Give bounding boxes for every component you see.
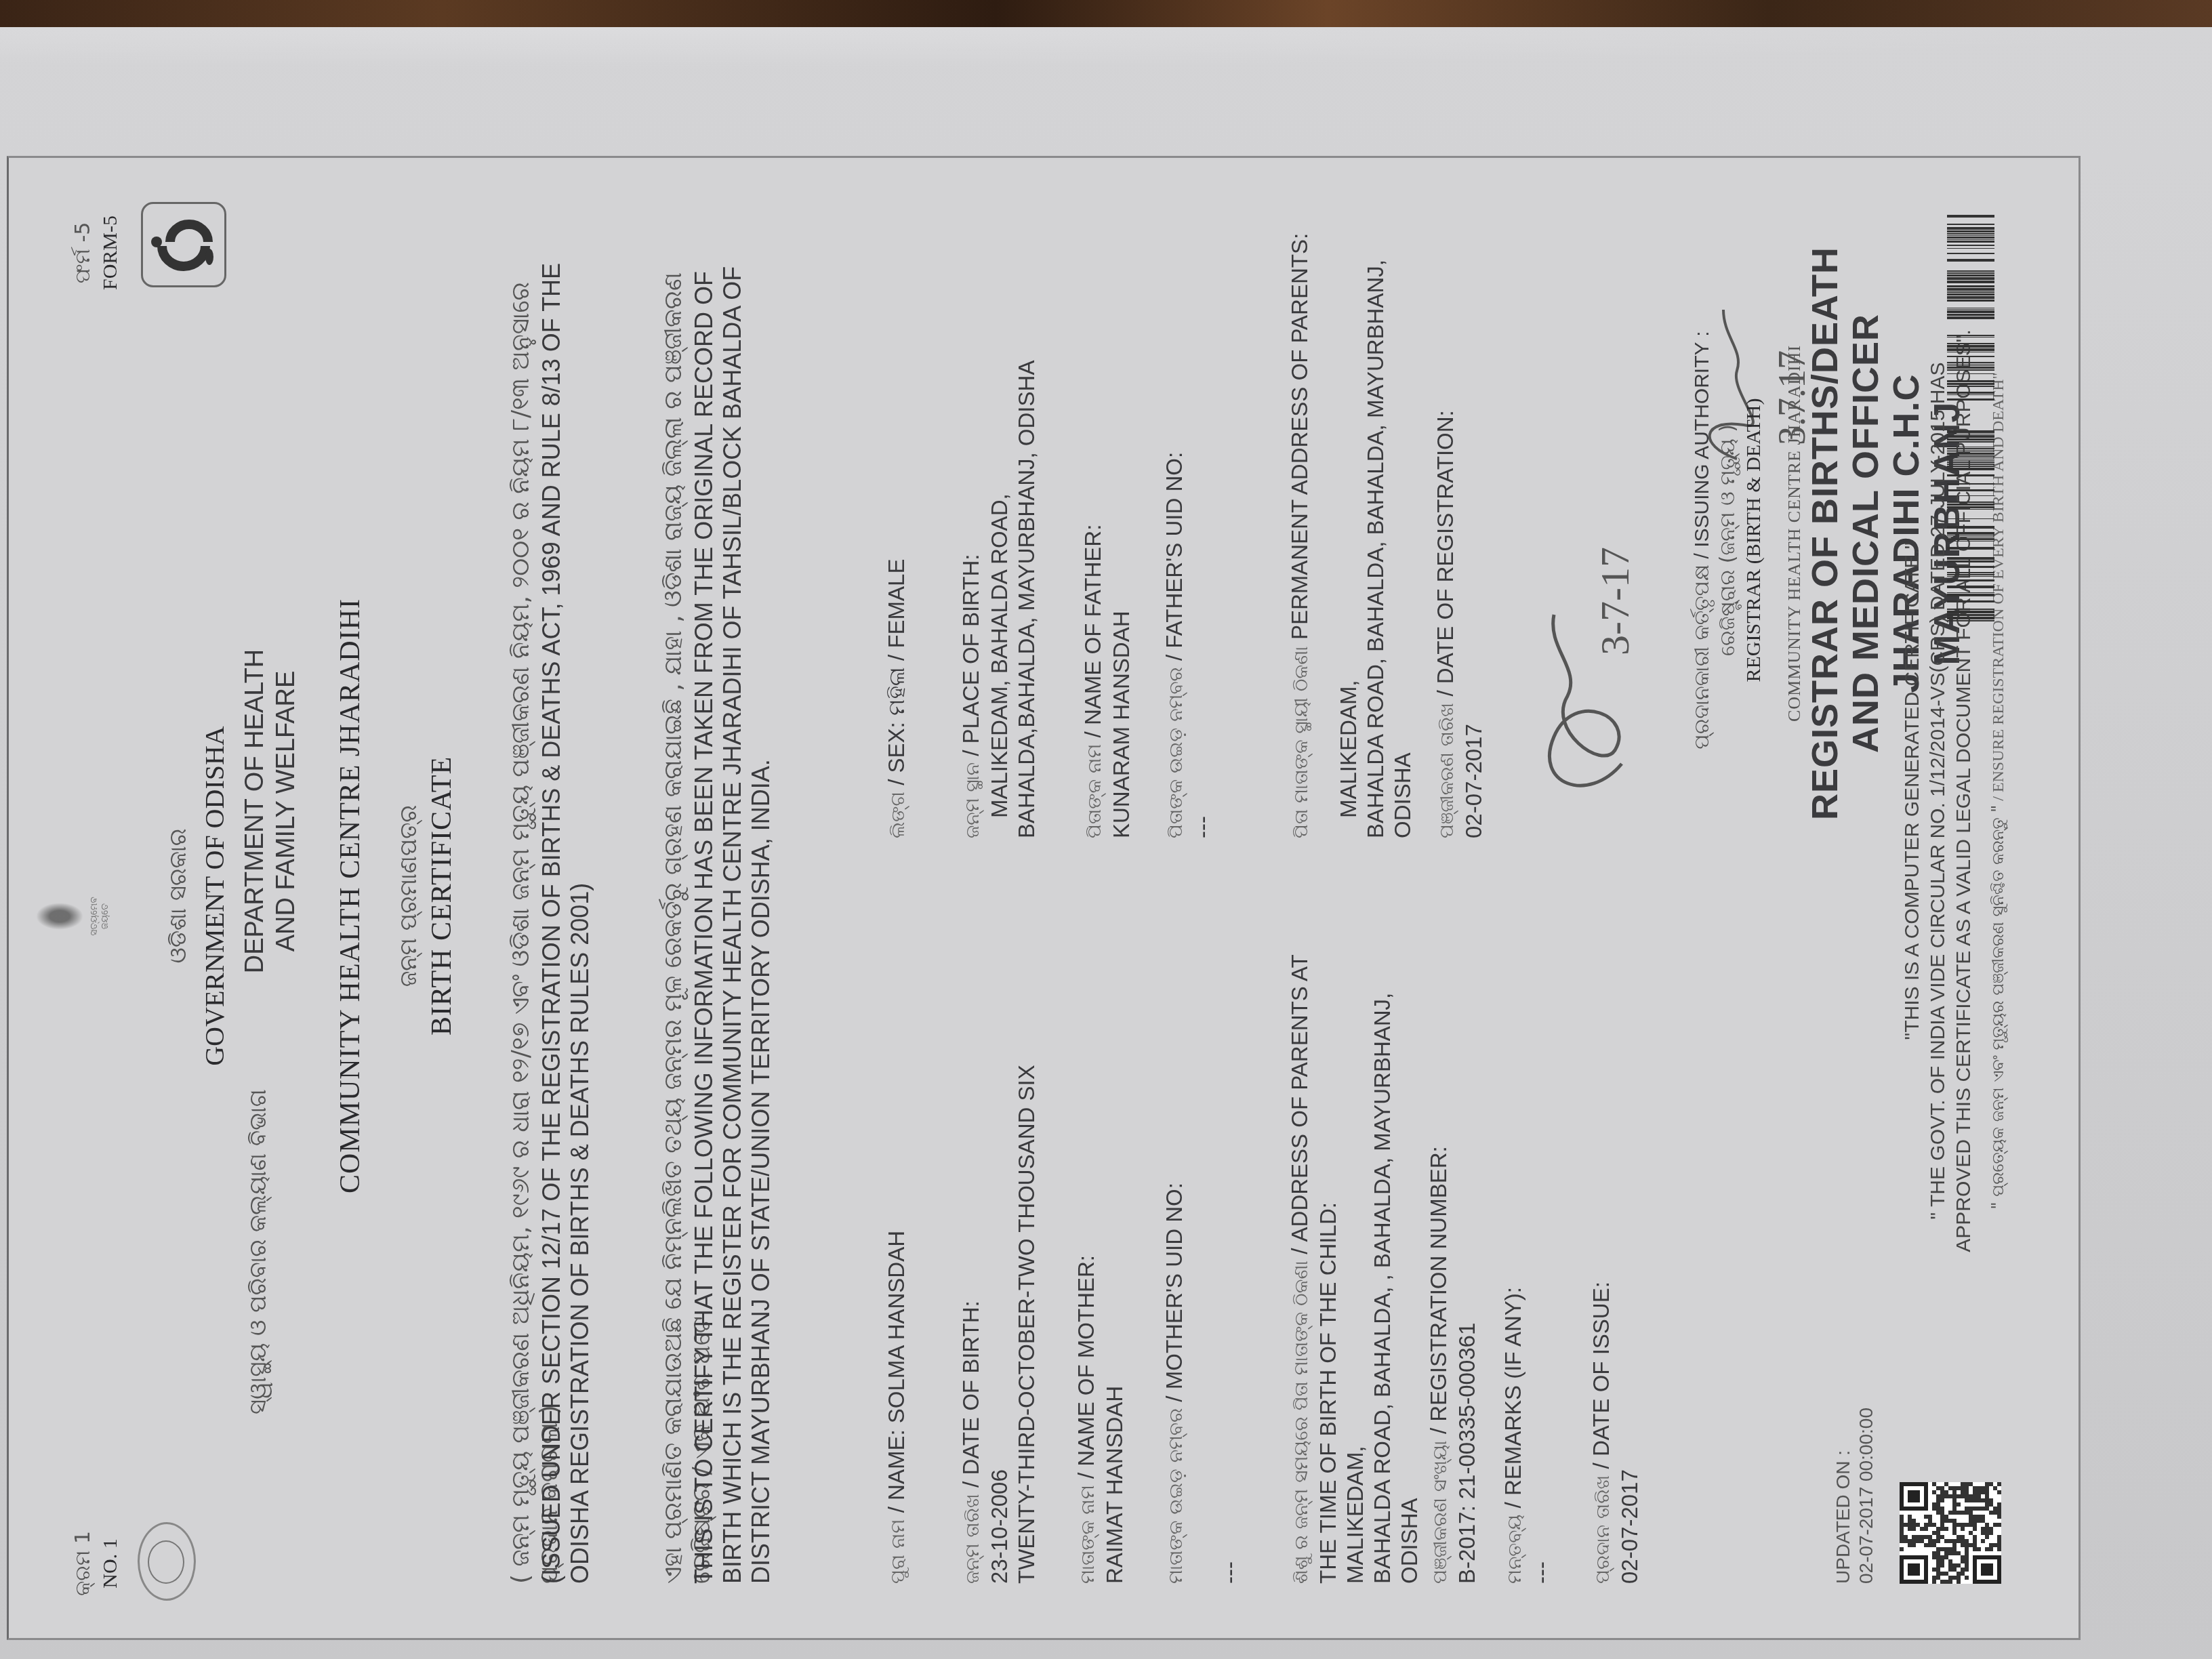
field-remarks: ମନ୍ତବ୍ୟ / REMARKS (IF ANY): --- xyxy=(1500,906,1555,1584)
government-name: GOVERNMENT OF ODISHA xyxy=(199,154,230,1638)
field-mother-name: ମାତାଙ୍କ ନାମ / NAME OF MOTHER: RAIMAT HAN… xyxy=(1073,906,1128,1584)
emblem-caption: ସତ୍ୟମେବ ଜୟତେ xyxy=(89,889,110,943)
national-emblem-icon: ସତ୍ୟମେବ ଜୟତେ xyxy=(36,886,110,947)
child-name: SOLMA HANSDAH xyxy=(884,1231,909,1423)
certify-text: THIS IS TO CERTIFY THAT THE FOLLOWING IN… xyxy=(690,208,775,1584)
serial-label-odia: କ୍ରମ 1 xyxy=(70,1523,97,1604)
field-sex: ଲିଙ୍ଗ / SEX: ମହିଳା / FEMALE xyxy=(883,215,912,838)
form-label: FORM-5 xyxy=(97,205,124,300)
barcode-icon xyxy=(1947,215,1994,621)
updated-on: UPDATED ON : 02-07-2017 00:00:00 xyxy=(1832,1408,1878,1584)
field-registration-number: ପଞ୍ଜୀକରଣ ସଂଖ୍ୟା / REGISTRATION NUMBER: B… xyxy=(1425,906,1481,1584)
field-name: ପୁରା ନାମ / NAME: SOLMA HANSDAH xyxy=(883,906,912,1584)
serial-number: କ୍ରମ 1 NO. 1 xyxy=(70,1523,124,1604)
dob-words: TWENTY-THIRD-OCTOBER-TWO THOUSAND SIX xyxy=(1013,906,1040,1584)
svg-text:3-7-17: 3-7-17 xyxy=(1593,547,1637,655)
father-name: KUNARAM HANSDAH xyxy=(1108,215,1135,838)
field-father-uid: ପିତାଙ୍କ ଉଇଡ଼ ନମ୍ବର / FATHER'S UID NO: --… xyxy=(1161,215,1216,838)
birth-certificate: କ୍ରମ 1 NO. 1 ସତ୍ୟମେବ ଜୟତେ ଫର୍ମ -5 FORM-5… xyxy=(7,156,2081,1640)
government-odia: ଓଡିଶା ସରକାର xyxy=(165,154,192,1638)
registration-number: B-2017: 21-00335-000361 xyxy=(1454,906,1481,1584)
qr-code-icon xyxy=(1900,1482,2001,1584)
mother-uid: --- xyxy=(1216,906,1244,1584)
mother-name: RAIMAT HANSDAH xyxy=(1101,906,1128,1584)
place-of-birth-line1: MALIKEDAM, BAHALDA ROAD, xyxy=(986,215,1013,838)
permanent-address-line1: MALIKEDAM, xyxy=(1335,215,1362,838)
field-date-of-issue: ପ୍ରଦାନ ତାରିଖ / DATE OF ISSUE: 02-07-2017 xyxy=(1588,906,1643,1584)
office-name: COMMUNITY HEALTH CENTRE JHARADIHI xyxy=(334,154,367,1638)
remarks-value: --- xyxy=(1528,906,1555,1584)
field-date-of-registration: ପଞ୍ଜୀକରଣ ତାରିଖ / DATE OF REGISTRATION: 0… xyxy=(1432,215,1488,838)
dob-value: 23-10-2006 xyxy=(986,906,1013,1584)
form-label-odia: ଫର୍ମ -5 xyxy=(70,205,97,300)
field-date-of-birth: ଜନ୍ମ ତାରିଖ / DATE OF BIRTH: 23-10-2006 T… xyxy=(958,906,1040,1584)
serial-label: NO. 1 xyxy=(97,1523,124,1604)
field-address-at-birth: ଶିଶୁ ର ଜନ୍ମ ସମୟରେ ପିତା ମାତାଙ୍କ ଠିକଣା / A… xyxy=(1286,906,1423,1584)
updated-on-value: 02-07-2017 00:00:00 xyxy=(1855,1408,1878,1584)
signature-registrar: 3-7-17 xyxy=(1507,527,1662,811)
date-of-issue: 02-07-2017 xyxy=(1616,906,1643,1584)
address-at-birth-line2: BAHALDA ROAD, BAHALDA, , BAHALDA, MAYURB… xyxy=(1369,906,1423,1584)
field-father-name: ପିତାଙ୍କ ନାମ / NAME OF FATHER: KUNARAM HA… xyxy=(1080,215,1135,838)
date-of-registration: 02-07-2017 xyxy=(1460,215,1488,838)
certificate-wrapper: କ୍ରମ 1 NO. 1 ସତ୍ୟମେବ ଜୟତେ ଫର୍ମ -5 FORM-5… xyxy=(7,156,2081,1640)
field-mother-uid: ମାତାଙ୍କ ଉଇଡ଼ ନମ୍ବର / MOTHER'S UID NO: --… xyxy=(1161,906,1244,1584)
department-name: DEPARTMENT OF HEALTH AND FAMILY WELFARE xyxy=(239,621,302,1001)
certificate-title: BIRTH CERTIFICATE xyxy=(426,154,458,1638)
place-of-birth-line2: BAHALDA,BAHALDA, MAYURBHANJ, ODISHA xyxy=(1013,215,1040,838)
field-permanent-address: ପିତା ମାତାଙ୍କ ସ୍ଥାୟୀ ଠିକଣା PERMANENT ADDR… xyxy=(1286,215,1416,838)
field-place-of-birth: ଜନ୍ମ ସ୍ଥାନ / PLACE OF BIRTH: MALIKEDAM, … xyxy=(958,215,1040,838)
address-at-birth-line1: MALIKEDAM, xyxy=(1342,906,1369,1584)
form-number: ଫର୍ମ -5 FORM-5 xyxy=(70,205,124,300)
permanent-address-line2: BAHALDA ROAD, BAHALDA, BAHALDA, MAYURBHA… xyxy=(1362,215,1416,838)
department-odia: ସ୍ୱାସ୍ଥ୍ୟ ଓ ପରିବାର କଲ୍ୟାଣ ବିଭାଗ xyxy=(245,1089,272,1414)
issuing-authority: ପ୍ରଦାନକାରୀ କର୍ତ୍ତୃପକ୍ଷ / ISSUING AUTHORI… xyxy=(1689,201,1767,879)
certificate-title-odia: ଜନ୍ମ ପ୍ରମାଣପତ୍ର xyxy=(395,154,422,1638)
sex-value: SEX: ମହିଳା / FEMALE xyxy=(884,559,909,773)
legal-text: (ISSUED UNDER SECTION 12/17 OF THE REGIS… xyxy=(537,208,594,1584)
father-uid: --- xyxy=(1189,215,1216,838)
